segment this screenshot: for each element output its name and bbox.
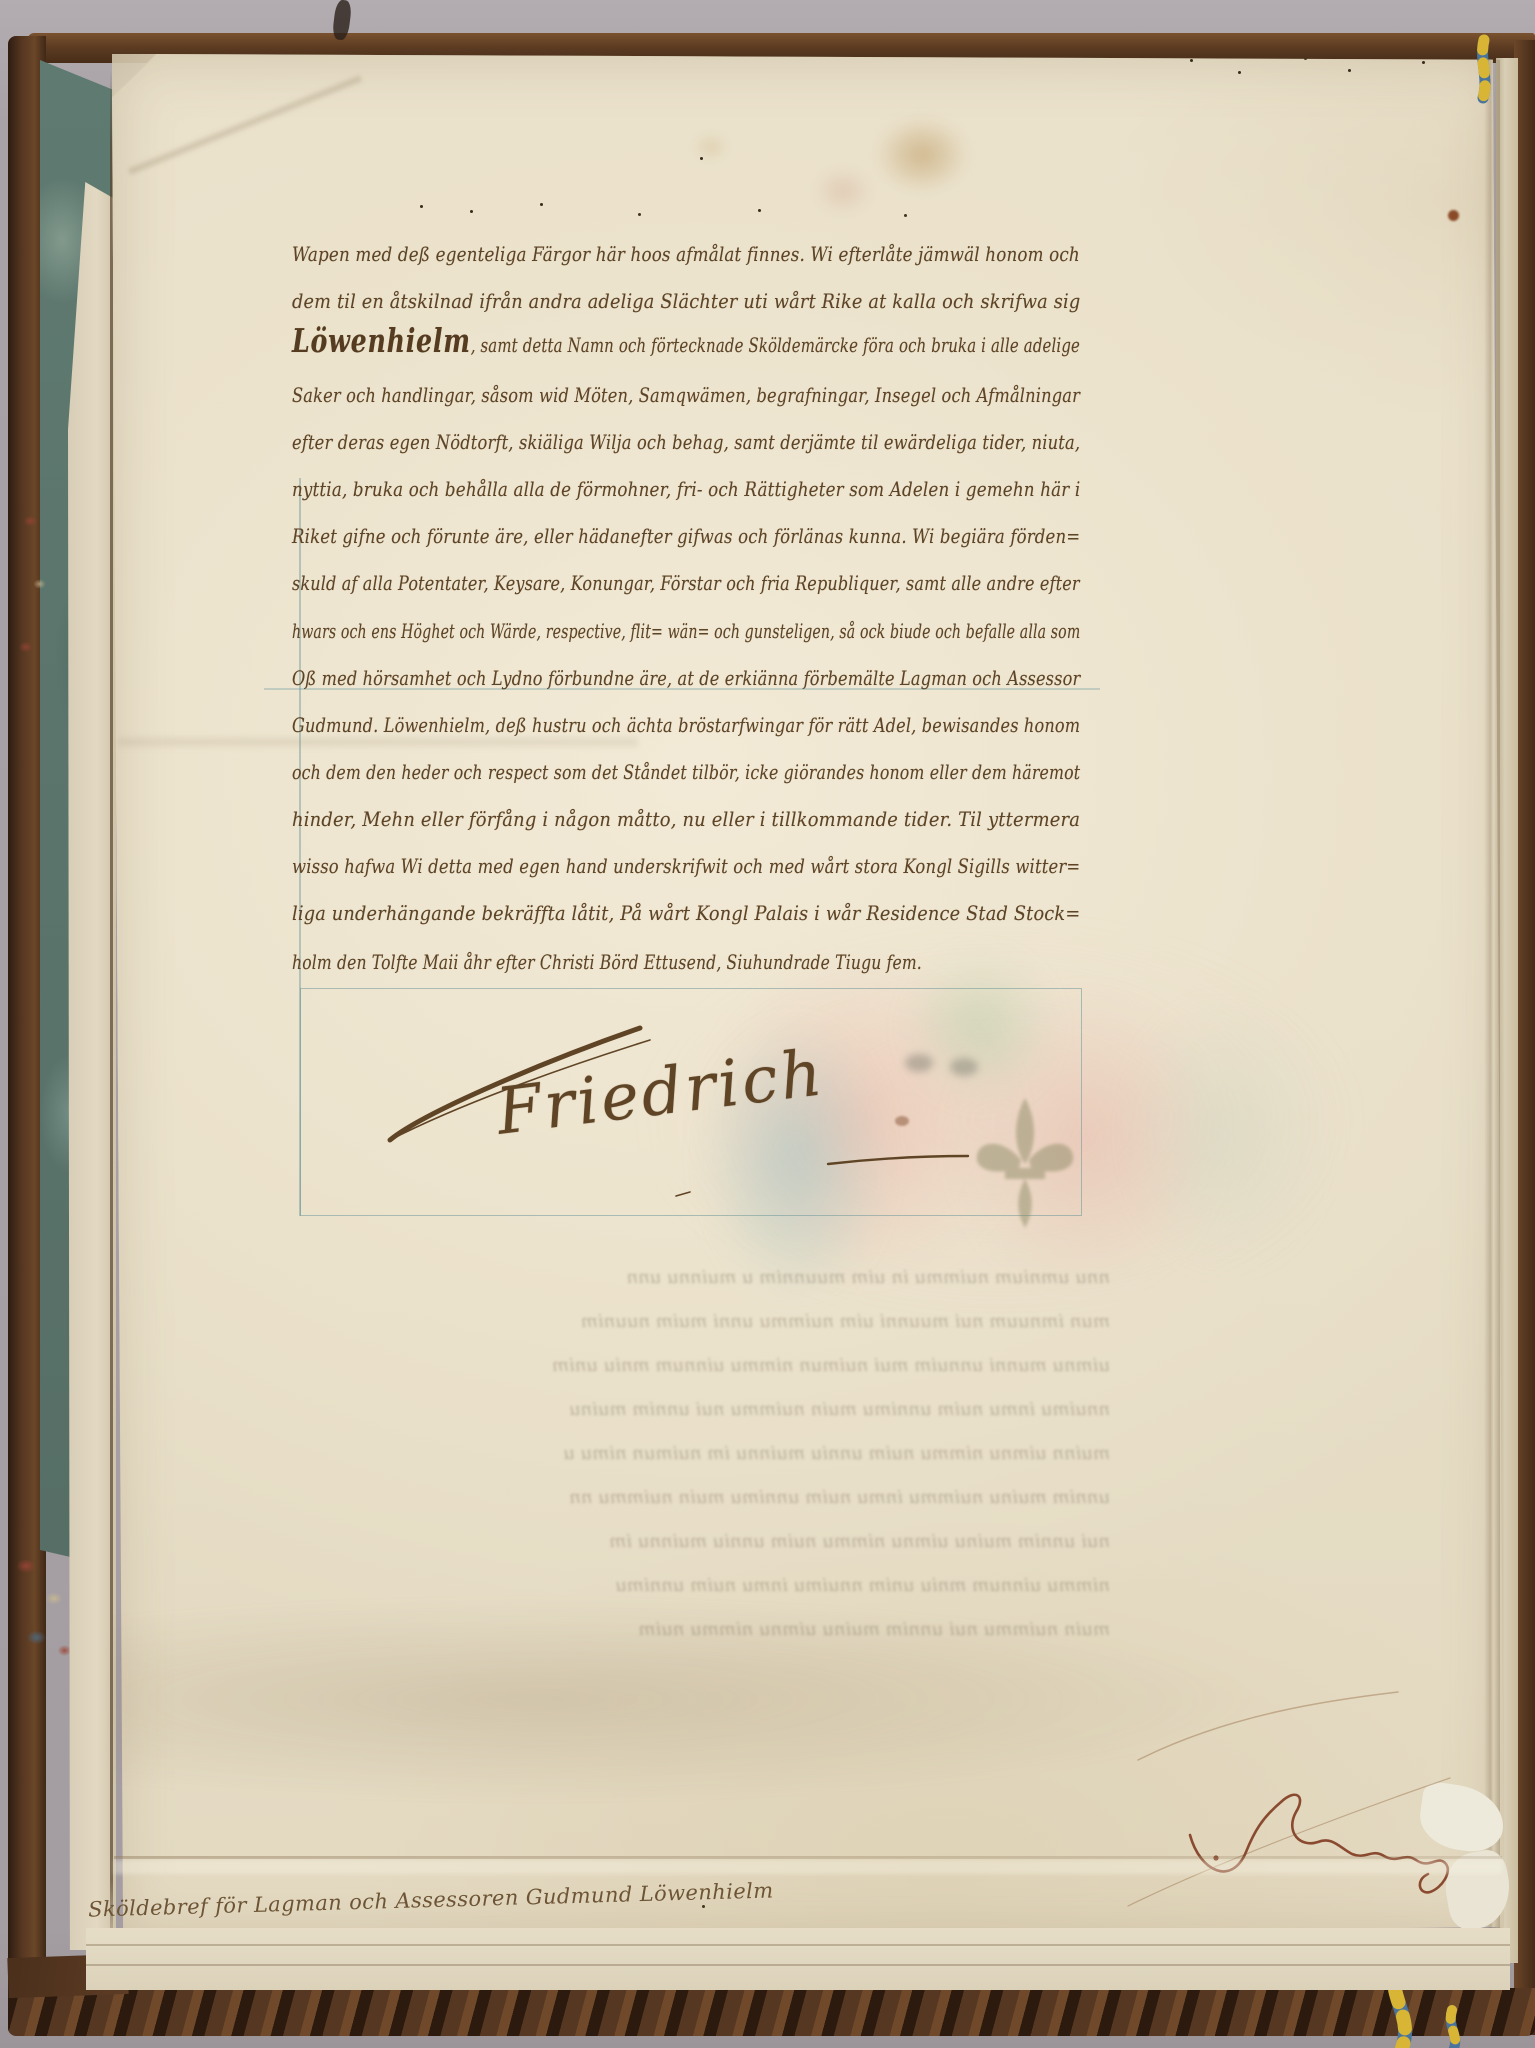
text-line: Gudmund. Löwenhielm, deß hustru och ächt… bbox=[292, 711, 944, 745]
text-line: nyttia, bruka och behålla alla de förmoh… bbox=[292, 475, 967, 509]
text-line: hwars och ens Höghet och Wärde, respecti… bbox=[292, 617, 862, 651]
vellum-fold-highlight bbox=[114, 1860, 1502, 1874]
text-line: Löwenhielm, samt detta Namn och förteckn… bbox=[292, 326, 895, 370]
family-name-emphasized: Löwenhielm bbox=[292, 321, 471, 360]
arms-showthrough-green bbox=[1120, 1000, 1330, 1270]
vellum-fold-line bbox=[114, 1856, 1502, 1859]
stain bbox=[874, 116, 970, 194]
text-line: wisso hafwa Wi detta med egen hand under… bbox=[292, 852, 955, 886]
gutter-crease-right bbox=[1484, 60, 1500, 1940]
scanned-book-page: Wapen med deß egenteliga Färgor här hoos… bbox=[0, 0, 1535, 2048]
leather-cover-bottom-edge bbox=[8, 1988, 1535, 2036]
text-line: och dem den heder och respect som det St… bbox=[292, 758, 929, 792]
text-line: efter deras egen Nödtorft, skiäliga Wilj… bbox=[292, 428, 949, 462]
rust-spot bbox=[1448, 210, 1459, 221]
fly-specks bbox=[420, 205, 423, 208]
page-stack-edge-left bbox=[68, 182, 116, 1950]
text-line: Riket gifne och förunte äre, eller hädan… bbox=[292, 522, 960, 556]
stain bbox=[694, 134, 728, 160]
verso-showthrough-text: nnu umnium nuimmu in uim muunnim u muinn… bbox=[300, 1256, 1110, 1652]
text-line: Oß med hörsamhet och Lydno förbundne äre… bbox=[292, 664, 944, 698]
text-line: liga underhängande bekräffta låtit, På w… bbox=[292, 899, 1008, 933]
marbled-paper-fragment bbox=[12, 500, 58, 710]
text-line: Wapen med deß egenteliga Färgor här hoos… bbox=[292, 240, 968, 274]
text-line: skuld af alla Potentater, Keysare, Konun… bbox=[292, 569, 939, 603]
page-stack-edge-bottom bbox=[86, 1928, 1510, 1990]
stain bbox=[812, 166, 874, 216]
text-line: hinder, Mehn eller förfång i någon måtto… bbox=[292, 805, 1016, 839]
text-line: dem til en åtskilnad ifrån andra adeliga… bbox=[292, 287, 1007, 321]
text-line: holm den Tolfte Maii åhr efter Christi B… bbox=[292, 948, 922, 982]
text-line: Saker och handlingar, såsom wid Möten, S… bbox=[292, 381, 948, 415]
